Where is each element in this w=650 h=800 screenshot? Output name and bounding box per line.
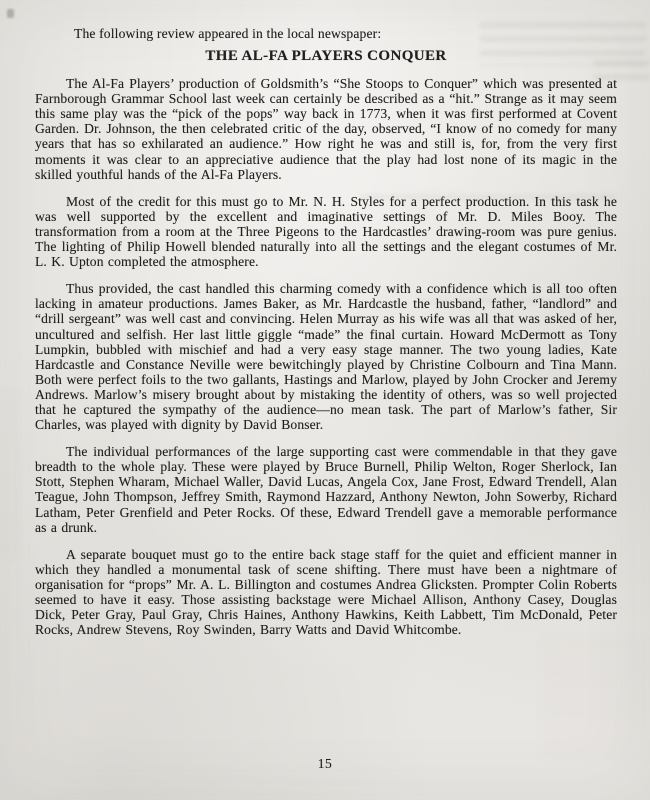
article-paragraph-1: The Al-Fa Players’ production of Goldsmi… bbox=[35, 76, 617, 182]
article-paragraph-3: Thus provided, the cast handled this cha… bbox=[35, 281, 617, 432]
article-title: THE AL-FA PLAYERS CONQUER bbox=[35, 48, 617, 65]
article-paragraph-5: A separate bouquet must go to the entire… bbox=[35, 547, 617, 638]
scanned-page: The following review appeared in the loc… bbox=[0, 0, 650, 800]
article-paragraph-4: The individual performances of the large… bbox=[35, 444, 617, 535]
bleed-through-smudge bbox=[540, 640, 650, 760]
article-paragraph-2: Most of the credit for this must go to M… bbox=[35, 194, 617, 269]
page-number: 15 bbox=[0, 756, 650, 772]
article-body: The following review appeared in the loc… bbox=[0, 0, 650, 637]
intro-line: The following review appeared in the loc… bbox=[35, 26, 617, 41]
